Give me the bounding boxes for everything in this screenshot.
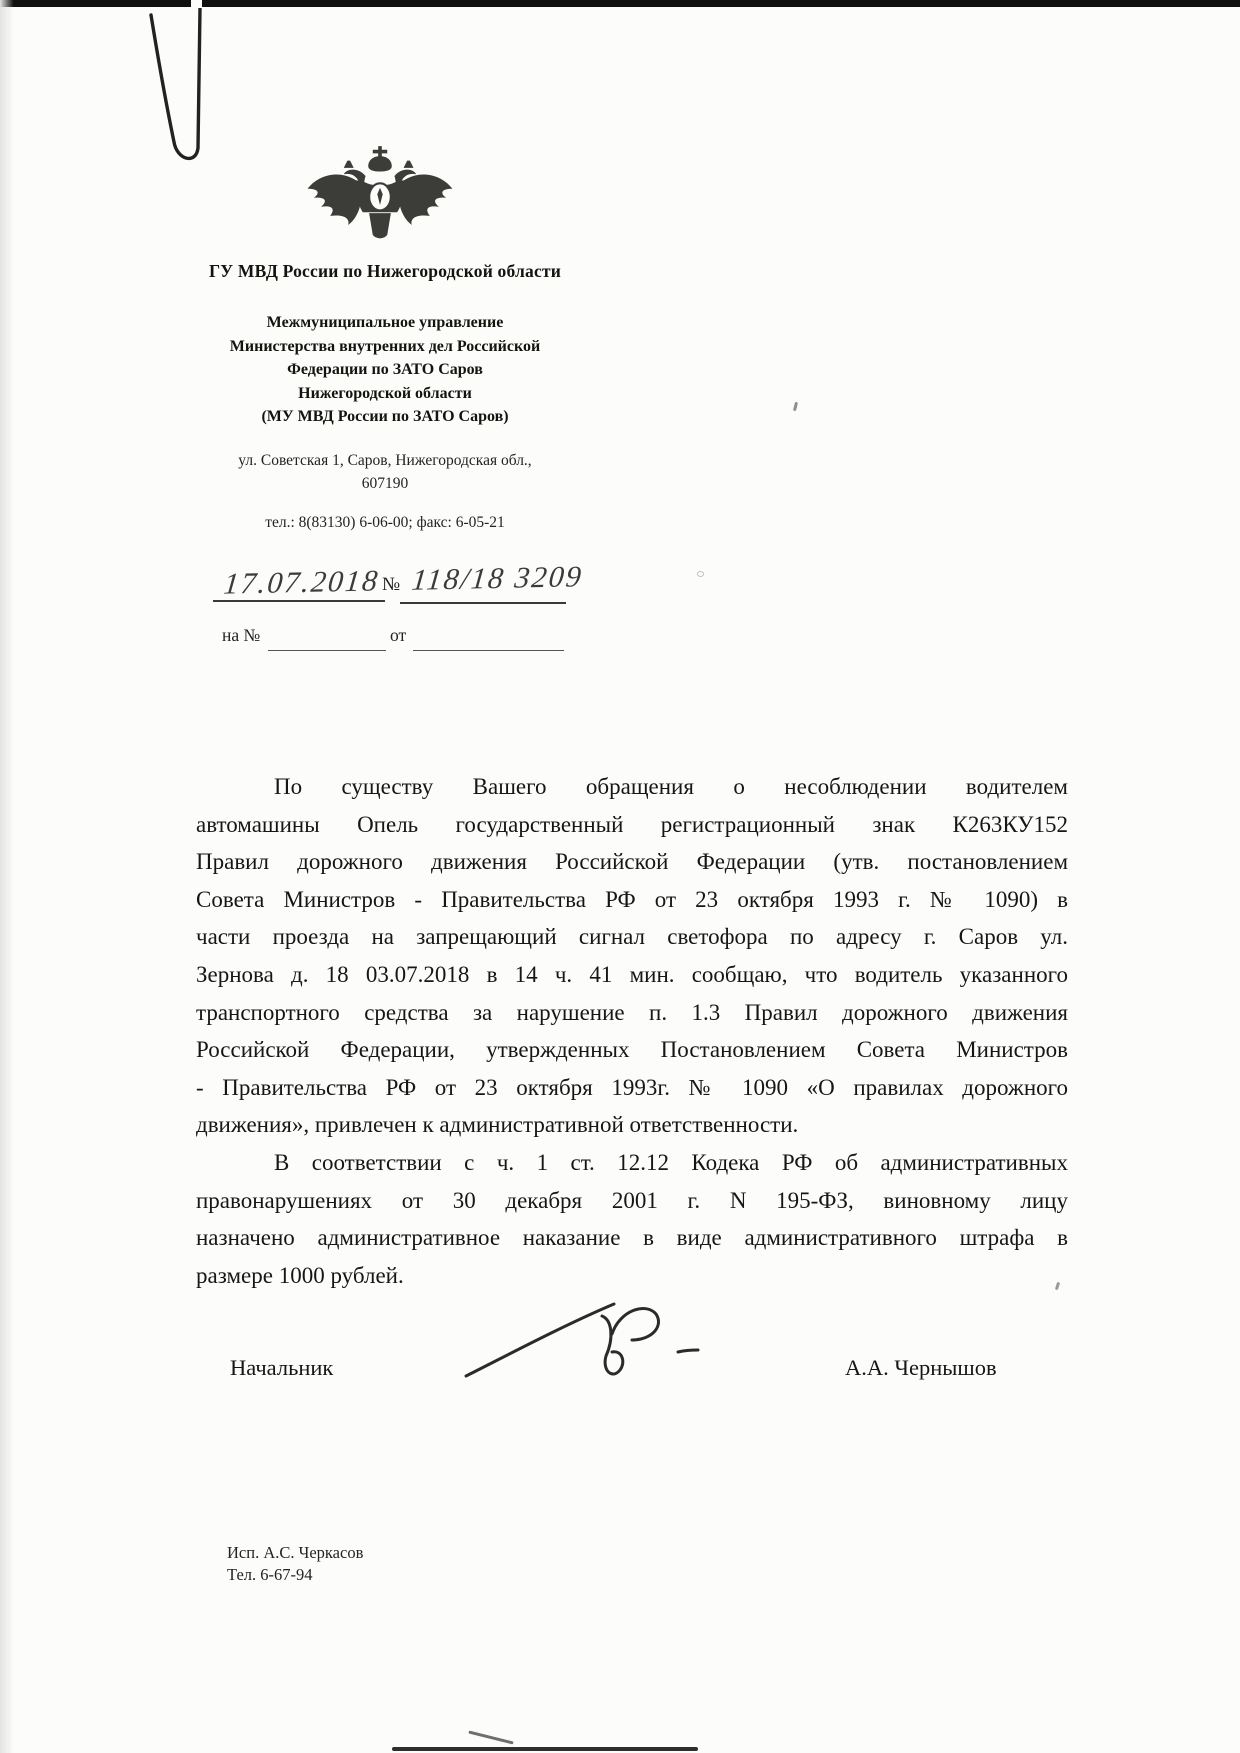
body-line: части проезда на запрещающий сигнал свет…	[196, 918, 1068, 956]
paragraph-1: По существу Вашего обращения о несоблюде…	[196, 768, 1068, 1144]
body-line: размере 1000 рублей.	[196, 1257, 1068, 1295]
org-division: Межмуниципальное управление Министерства…	[150, 311, 620, 429]
executor-block: Исп. А.С. Черкасов Тел. 6-67-94	[227, 1542, 363, 1585]
body-line: Совета Министров - Правительства РФ от 2…	[196, 881, 1068, 919]
scanned-letter-page: ГУ МВД России по Нижегородской области М…	[0, 0, 1240, 1753]
signer-position: Начальник	[230, 1355, 333, 1381]
letter-body: По существу Вашего обращения о несоблюде…	[196, 768, 1068, 1294]
scan-speck	[697, 571, 704, 577]
body-line: Российской Федерации, утвержденных Поста…	[196, 1031, 1068, 1069]
reply-na-label: на №	[222, 625, 260, 646]
body-line: Зернова д. 18 03.07.2018 в 14 ч. 41 мин.…	[196, 956, 1068, 994]
date-underline	[213, 600, 385, 602]
reply-date-blank	[413, 650, 564, 651]
mvd-emblem-icon	[303, 146, 457, 255]
paperclip-icon	[138, 8, 213, 180]
handwritten-outgoing-number: 118/18 3209	[410, 560, 584, 598]
body-line: движения», привлечен к административной …	[196, 1106, 1068, 1144]
body-line: назначено административное наказание в в…	[196, 1219, 1068, 1257]
body-line: Правил дорожного движения Российской Фед…	[196, 843, 1068, 881]
reply-number-blank	[268, 650, 386, 651]
scan-speck	[793, 402, 798, 411]
body-line: В соответствии с ч. 1 ст. 12.12 Кодека Р…	[196, 1144, 1068, 1182]
org-phone: тел.: 8(83130) 6-06-00; факс: 6-05-21	[150, 514, 620, 532]
division-line: Федерации по ЗАТО Саров	[150, 358, 620, 382]
signer-name: А.А. Чернышов	[845, 1355, 997, 1381]
scan-bottom-artifact	[392, 1747, 698, 1751]
scan-left-edge	[0, 0, 16, 1753]
scan-top-edge	[0, 0, 1240, 7]
scan-dash-artifact	[468, 1730, 513, 1744]
executor-name: Исп. А.С. Черкасов	[227, 1542, 363, 1564]
division-line: (МУ МВД России по ЗАТО Саров)	[150, 405, 620, 429]
paragraph-2: В соответствии с ч. 1 ст. 12.12 Кодека Р…	[196, 1144, 1068, 1294]
scan-top-notch	[191, 0, 202, 7]
executor-phone: Тел. 6-67-94	[227, 1564, 363, 1586]
body-line: - Правительства РФ от 23 октября 1993г. …	[196, 1069, 1068, 1107]
signature-icon	[462, 1290, 732, 1390]
reply-ot-label: от	[390, 625, 406, 646]
division-line: Нижегородской области	[150, 382, 620, 406]
body-line: транспортного средства за нарушение п. 1…	[196, 994, 1068, 1032]
address-postcode: 607190	[150, 472, 620, 495]
body-line: По существу Вашего обращения о несоблюде…	[196, 768, 1068, 806]
number-sign: №	[382, 574, 400, 596]
number-underline	[400, 602, 566, 604]
body-line: автомашины Опель государственный регистр…	[196, 806, 1068, 844]
body-line: правонарушениях от 30 декабря 2001 г. N …	[196, 1182, 1068, 1220]
division-line: Межмуниципальное управление	[150, 311, 620, 335]
org-title: ГУ МВД России по Нижегородской области	[150, 261, 620, 282]
address-line: ул. Советская 1, Саров, Нижегородская об…	[150, 449, 620, 472]
handwritten-date: 17.07.2018	[222, 564, 381, 601]
division-line: Министерства внутренних дел Российской	[150, 335, 620, 359]
org-address: ул. Советская 1, Саров, Нижегородская об…	[150, 449, 620, 495]
